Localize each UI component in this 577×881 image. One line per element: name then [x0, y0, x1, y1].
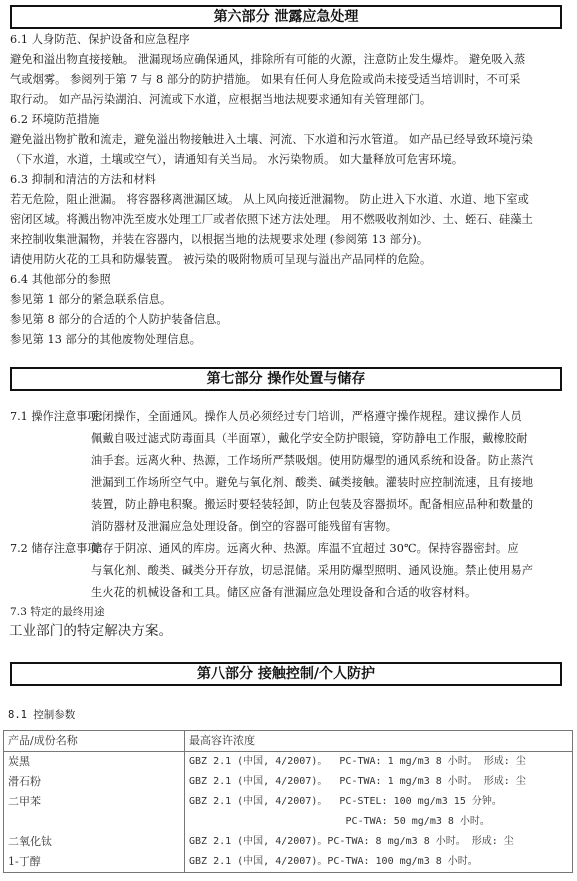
cell-name [4, 812, 185, 832]
cell-value: GBZ 2.1 (中国, 4/2007)。 PC-STEL: 100 mg/m3… [185, 792, 573, 812]
section-7-header: 第七部分 操作处置与储存 [10, 367, 562, 391]
table-row: 二氧化钛 GBZ 2.1 (中国, 4/2007)。PC-TWA: 8 mg/m… [4, 832, 573, 852]
table-row: 炭黑 GBZ 2.1 (中国, 4/2007)。 PC-TWA: 1 mg/m3… [4, 752, 573, 773]
cell-name: 滑石粉 [4, 772, 185, 792]
text-line: 装置，防止静电积聚。搬运时要轻装轻卸，防止包装及容器损坏。配备相应品种和数量的 [91, 494, 566, 516]
cell-value: GBZ 2.1 (中国, 4/2007)。 PC-TWA: 1 mg/m3 8 … [185, 752, 573, 773]
cell-value: GBZ 2.1 (中国, 4/2007)。PC-TWA: 8 mg/m3 8 小… [185, 832, 573, 852]
text-line: 参见第 13 部分的其他废物处理信息。 [10, 330, 570, 350]
paragraph-7-2-body: 储存于阴凉、通风的库房。远离火种、热源。库温不宜超过 30℃。保持容器密封。应 … [91, 538, 566, 604]
column-header-limit: 最高容许浓度 [185, 731, 573, 752]
text-line: 来控制收集泄漏物，并装在容器内，以根据当地的法规要求处理 (参阅第 13 部分)… [10, 230, 570, 250]
table-row: PC-TWA: 50 mg/m3 8 小时。 [4, 812, 573, 832]
text-7-3: 工业部门的特定解决方案。 [9, 621, 569, 641]
cell-name: 二甲苯 [4, 792, 185, 812]
table-header-row: 产品/成份名称 最高容许浓度 [4, 731, 573, 752]
text-line: 避免溢出物扩散和流走，避免溢出物接触进入土壤、河流、下水道和污水管道。 如产品已… [10, 130, 570, 150]
heading-8-1: 8.1 控制参数 [8, 707, 75, 722]
heading-6-1: 6.1 人身防范、保护设备和应急程序 [10, 30, 570, 50]
cell-value: GBZ 2.1 (中国, 4/2007)。 PC-TWA: 1 mg/m3 8 … [185, 772, 573, 792]
cell-name: 二氧化钛 [4, 832, 185, 852]
paragraph-7-1-body: 密闭操作，全面通风。操作人员必须经过专门培训，严格遵守操作规程。建议操作人员 佩… [91, 406, 566, 538]
text-line: 参见第 1 部分的紧急联系信息。 [10, 290, 570, 310]
text-line: （下水道，水道，土壤或空气），请通知有关当局。 水污染物质。 如大量释放可危害环… [10, 150, 570, 170]
text-line: 若无危险，阻止泄漏。 将容器移离泄漏区域。 从上风向接近泄漏物。 防止进入下水道… [10, 190, 570, 210]
text-line: 密闭操作，全面通风。操作人员必须经过专门培训，严格遵守操作规程。建议操作人员 [91, 406, 566, 428]
cell-value: GBZ 2.1 (中国, 4/2007)。PC-TWA: 100 mg/m3 8… [185, 852, 573, 873]
table-row: 二甲苯 GBZ 2.1 (中国, 4/2007)。 PC-STEL: 100 m… [4, 792, 573, 812]
cell-value: PC-TWA: 50 mg/m3 8 小时。 [185, 812, 573, 832]
heading-6-4: 6.4 其他部分的参照 [10, 270, 570, 290]
section-6-header: 第六部分 泄露应急处理 [10, 5, 562, 29]
text-line: 请使用防火花的工具和防爆装置。 被污染的吸附物质可呈现与溢出产品同样的危险。 [10, 250, 570, 270]
heading-7-3: 7.3 特定的最终用途 [10, 602, 570, 622]
text-line: 油手套。远离火种、热源，工作场所严禁吸烟。使用防爆型的通风系统和设备。防止蒸汽 [91, 450, 566, 472]
text-line: 生火花的机械设备和工具。储区应备有泄漏应急处理设备和合适的收容材料。 [91, 582, 566, 604]
cell-name: 1-丁醇 [4, 852, 185, 873]
heading-6-3: 6.3 抑制和清洁的方法和材料 [10, 170, 570, 190]
text-line: 参见第 8 部分的合适的个人防护装备信息。 [10, 310, 570, 330]
text-line: 取行动。 如产品污染湖泊、河流或下水道，应根据当地法规要求通知有关管理部门。 [10, 90, 570, 110]
column-header-name: 产品/成份名称 [4, 731, 185, 752]
text-line: 佩戴自吸过滤式防毒面具（半面罩），戴化学安全防护眼镜，穿防静电工作服，戴橡胶耐 [91, 428, 566, 450]
text-line: 泄漏到工作场所空气中。避免与氧化剂、酸类、碱类接触。灌装时应控制流速，且有接地 [91, 472, 566, 494]
table-row: 1-丁醇 GBZ 2.1 (中国, 4/2007)。PC-TWA: 100 mg… [4, 852, 573, 873]
section-8-header: 第八部分 接触控制/个人防护 [10, 662, 562, 686]
table-row: 滑石粉 GBZ 2.1 (中国, 4/2007)。 PC-TWA: 1 mg/m… [4, 772, 573, 792]
text-line: 储存于阴凉、通风的库房。远离火种、热源。库温不宜超过 30℃。保持容器密封。应 [91, 538, 566, 560]
text-line: 密闭区域。将溅出物冲洗至废水处理工厂或者依照下述方法处理。 用不燃吸收剂如沙、土… [10, 210, 570, 230]
cell-name: 炭黑 [4, 752, 185, 773]
text-line: 消防器材及泄漏应急处理设备。倒空的容器可能残留有害物。 [91, 516, 566, 538]
control-parameters-table: 产品/成份名称 最高容许浓度 炭黑 GBZ 2.1 (中国, 4/2007)。 … [3, 730, 573, 873]
text-line: 避免和溢出物直接接触。 泄漏现场应确保通风，排除所有可能的火源，注意防止发生爆炸… [10, 50, 570, 70]
heading-6-2: 6.2 环境防范措施 [10, 110, 570, 130]
text-line: 气或烟雾。 参阅列于第 7 与 8 部分的防护措施。 如果有任何人身危险或尚未接… [10, 70, 570, 90]
text-line: 与氧化剂、酸类、碱类分开存放，切忌混储。采用防爆型照明、通风设施。禁止使用易产 [91, 560, 566, 582]
